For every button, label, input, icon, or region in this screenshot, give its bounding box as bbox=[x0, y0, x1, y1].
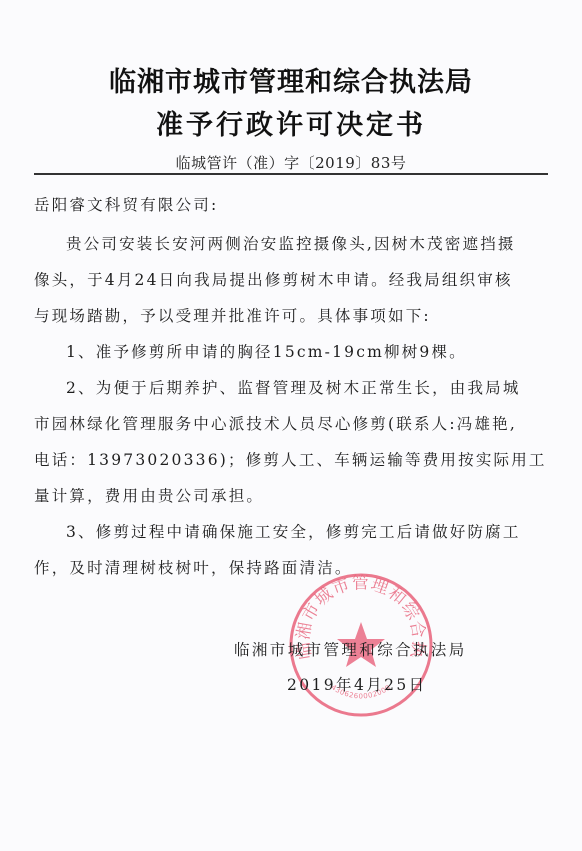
paragraph-line: 贵公司安装长安河两侧治安监控摄像头,因树木茂密遮挡摄 bbox=[66, 232, 582, 254]
paragraph-line: 像头，于4月24日向我局提出修剪树木申请。经我局组织审核 bbox=[34, 268, 554, 290]
item-2: 2、为便于后期养护、监督管理及树木正常生长，由我局城 bbox=[66, 376, 582, 398]
item-3: 3、修剪过程中请确保施工安全，修剪完工后请做好防腐工 bbox=[66, 520, 582, 542]
header-divider bbox=[34, 173, 548, 175]
paragraph-line: 电话：13973020336)；修剪人工、车辆运输等费用按实际用工 bbox=[34, 448, 554, 470]
document-number: 临城管许（准）字〔2019〕83号 bbox=[0, 152, 582, 173]
paragraph-line: 量计算，费用由贵公司承担。 bbox=[34, 484, 554, 506]
decision-document: 临湘市城市管理和综合执法局 准予行政许可决定书 临城管许（准）字〔2019〕83… bbox=[0, 0, 582, 851]
paragraph-line: 市园林绿化管理服务中心派技术人员尽心修剪(联系人:冯雄艳, bbox=[34, 412, 554, 434]
item-1: 1、准予修剪所申请的胸径15cm-19cm柳树9棵。 bbox=[66, 340, 582, 362]
paragraph-line: 与现场踏勘，予以受理并批准许可。具体事项如下: bbox=[34, 304, 554, 326]
signing-organization: 临湘市城市管理和综合执法局 bbox=[234, 638, 467, 660]
addressee: 岳阳睿文科贸有限公司: bbox=[34, 193, 554, 215]
document-subtitle: 准予行政许可决定书 bbox=[0, 103, 582, 142]
document-title: 临湘市城市管理和综合执法局 bbox=[0, 60, 582, 99]
signing-date: 2019年4月25日 bbox=[287, 673, 427, 695]
